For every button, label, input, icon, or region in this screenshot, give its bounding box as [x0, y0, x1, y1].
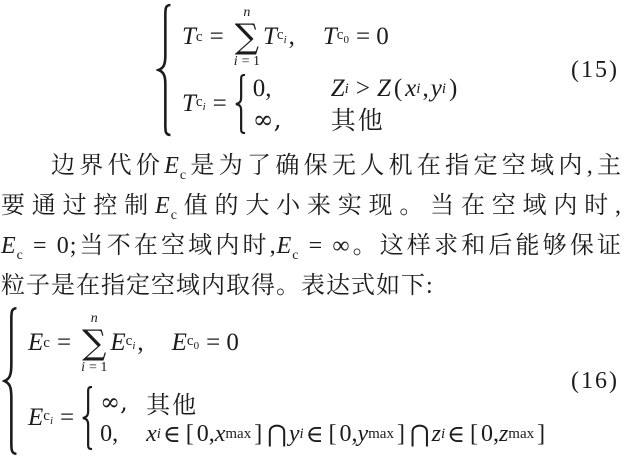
sum-index-var: i: [81, 361, 85, 375]
case-value: ∞,: [253, 105, 331, 134]
equation-15-body: Tc = n ∑ i= 1 Tci , Tc0 = 0 Tci =: [182, 6, 460, 134]
sum-index-value: = 1: [89, 361, 107, 375]
element-of-sign: ∈: [161, 420, 183, 448]
math-subscript: c0: [187, 341, 199, 346]
math-var: z: [432, 421, 441, 448]
intersection-sign: ⋂: [265, 420, 289, 448]
close-paren: ): [446, 75, 460, 103]
equation-number: (15): [571, 57, 621, 84]
math-var: x: [405, 75, 416, 103]
close-bracket: ]: [251, 421, 265, 448]
equation-16: Ec = n ∑ i= 1 Eci , Ec0 = 0 Eci =: [2, 303, 621, 459]
summation: n ∑ i= 1: [234, 6, 260, 69]
text-run: 粒子是在指定空域内取得。表达式如下:: [1, 273, 434, 299]
comma: ,: [135, 329, 145, 357]
math-var: E: [1, 233, 17, 259]
curly-brace-cases: [234, 74, 247, 134]
case-value: 0,: [253, 75, 331, 103]
equation-16-line-1: Ec = n ∑ i= 1 Eci , Ec0 = 0: [28, 312, 548, 375]
curly-brace-left: [2, 306, 19, 456]
text-run: 是为了确保无人机在指定空域内,主: [187, 153, 622, 179]
math-number: 0,: [339, 421, 357, 448]
paragraph-line: 要通过控制Ec值的大小来实现。当在空域内时,: [1, 186, 622, 226]
math-subscript: ci: [43, 416, 53, 421]
equation-16-body: Ec = n ∑ i= 1 Eci , Ec0 = 0 Eci =: [28, 312, 548, 450]
math-var: x: [215, 421, 226, 448]
comma: ,: [287, 23, 297, 51]
case-condition: 其他: [331, 101, 385, 137]
math-var: z: [499, 421, 508, 448]
body-paragraph: 边界代价Ec是为了确保无人机在指定空域内,主 要通过控制Ec值的大小来实现。当在…: [1, 146, 622, 306]
text-run: = ∞。这样求和后能够保证: [300, 233, 622, 259]
curly-brace-left: [156, 3, 173, 137]
math-var: T: [323, 23, 337, 51]
equals-sign: =: [206, 90, 234, 118]
equals-zero: = 0: [199, 329, 246, 357]
text-run: 值的大小来实现。当在空域内时,: [178, 193, 622, 219]
element-of-sign: ∈: [304, 420, 326, 448]
math-var: T: [182, 90, 196, 118]
case-condition: 其他: [146, 385, 198, 420]
equals-sign: =: [50, 329, 78, 357]
open-bracket: [: [183, 421, 197, 448]
case-row: ∞, 其他: [100, 386, 548, 418]
math-var: E: [277, 233, 293, 259]
sigma-symbol: ∑: [235, 21, 259, 53]
text-run: 要通过控制: [1, 193, 155, 219]
math-subscript: c: [17, 248, 24, 263]
math-var: T: [263, 23, 277, 51]
math-var: E: [28, 329, 43, 357]
sum-lower-limit: i= 1: [234, 55, 260, 69]
math-var: y: [357, 421, 368, 448]
case-value: 0,: [100, 421, 146, 448]
math-subscript: c0: [337, 35, 349, 40]
sum-index-var: i: [234, 55, 238, 69]
math-subscript: c: [292, 248, 299, 263]
math-var: y: [431, 75, 442, 103]
close-bracket: ]: [534, 421, 548, 448]
math-subscript: ci: [196, 102, 206, 107]
greater-than-sign: >: [349, 75, 377, 103]
element-of-sign: ∈: [445, 420, 467, 448]
curly-brace-cases: [81, 386, 94, 450]
math-number: 0,: [481, 421, 499, 448]
equals-sign: =: [53, 404, 81, 432]
case-row: ∞, 其他: [253, 104, 461, 134]
subscript-letter: c: [277, 27, 284, 43]
math-var: E: [164, 153, 180, 179]
math-number: 0,: [197, 421, 215, 448]
open-bracket: [: [467, 421, 481, 448]
case-condition: Zi > Z ( xi , yi ): [331, 75, 461, 103]
comma: ,: [420, 75, 430, 103]
case-value: ∞,: [100, 388, 146, 416]
math-subscript: c: [171, 208, 178, 223]
cases-15: 0, Zi > Z ( xi , yi ) ∞,: [253, 74, 461, 134]
equation-15: Tc = n ∑ i= 1 Tci , Tc0 = 0 Tci =: [156, 1, 621, 139]
equals-sign: =: [203, 23, 231, 51]
sum-lower-limit: i= 1: [81, 361, 107, 375]
summation: n ∑ i= 1: [81, 312, 107, 375]
math-var: y: [289, 421, 300, 448]
equation-number: (16): [571, 368, 621, 395]
sum-index-value: = 1: [242, 55, 260, 69]
subscript-letter: c: [187, 333, 194, 349]
case-row: 0, xi ∈ [ 0, xmax ] ⋂ yi ∈ [ 0,: [100, 418, 548, 450]
math-var: E: [155, 193, 171, 219]
math-var: E: [172, 329, 187, 357]
case-condition: xi ∈ [ 0, xmax ] ⋂ yi ∈ [ 0, ymax: [146, 420, 548, 448]
paragraph-line: 粒子是在指定空域内取得。表达式如下:: [1, 266, 622, 306]
math-subscript: ci: [126, 341, 136, 346]
subscript-letter: c: [43, 408, 50, 424]
math-var: E: [110, 329, 125, 357]
math-var: Z: [377, 75, 391, 103]
math-var: x: [146, 421, 157, 448]
paragraph-line: Ec = 0;当不在空域内时,Ec = ∞。这样求和后能够保证: [1, 226, 622, 266]
math-var: Z: [331, 75, 345, 103]
math-var: T: [182, 23, 196, 51]
text-run: = 0;当不在空域内时,: [24, 233, 277, 259]
paragraph-line: 边界代价Ec是为了确保无人机在指定空域内,主: [1, 146, 622, 186]
subscript-letter: c: [196, 94, 203, 110]
case-row: 0, Zi > Z ( xi , yi ): [253, 74, 461, 104]
text-run: 边界代价: [51, 153, 164, 179]
equation-15-line-2: Tci = 0, Zi > Z ( xi ,: [182, 74, 460, 134]
equals-zero: = 0: [349, 23, 396, 51]
sigma-symbol: ∑: [82, 327, 106, 359]
equation-16-line-2: Eci = ∞, 其他 0, xi ∈ [: [28, 386, 548, 450]
intersection-sign: ⋂: [408, 420, 432, 448]
close-bracket: ]: [394, 421, 408, 448]
open-paren: (: [391, 75, 405, 103]
open-bracket: [: [325, 421, 339, 448]
math-subscript: ci: [277, 35, 287, 40]
math-var: E: [28, 404, 43, 432]
equation-15-line-1: Tc = n ∑ i= 1 Tci , Tc0 = 0: [182, 6, 460, 69]
cases-16: ∞, 其他 0, xi ∈ [ 0, xmax ] ⋂ y: [100, 386, 548, 450]
document-page: Tc = n ∑ i= 1 Tci , Tc0 = 0 Tci =: [0, 0, 623, 462]
